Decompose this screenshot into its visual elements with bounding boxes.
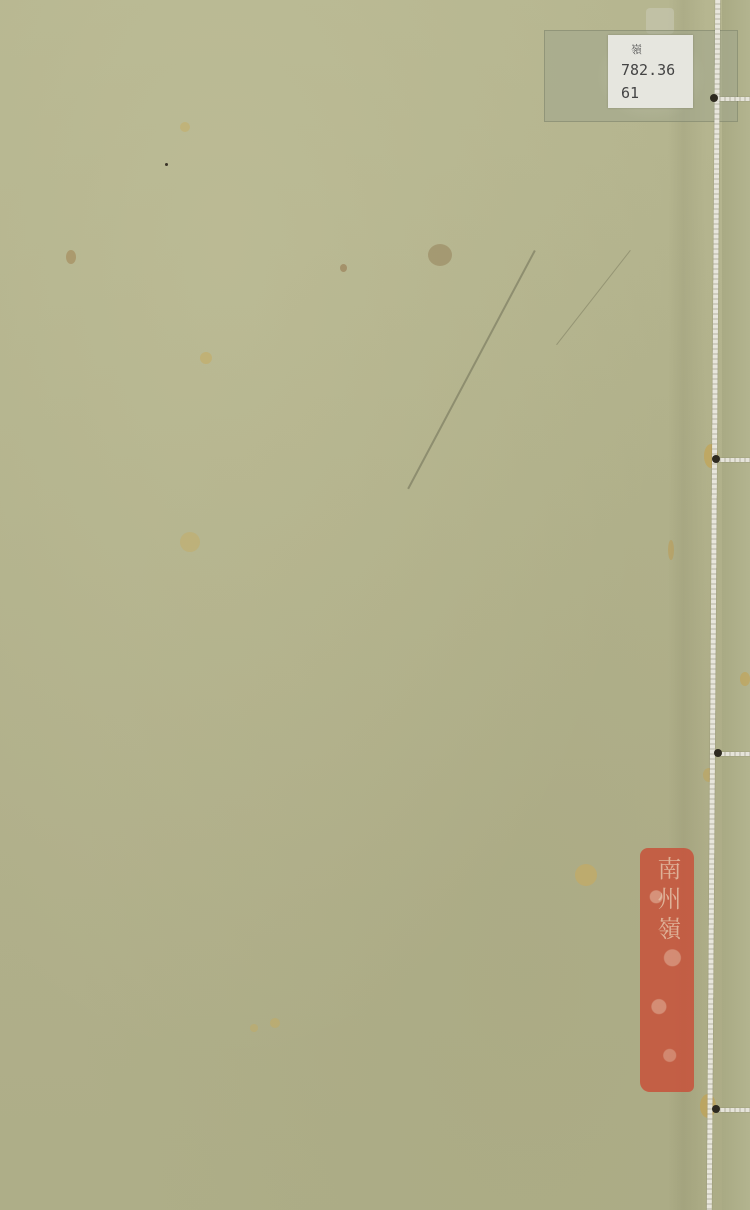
collector-seal: 南州嶺 <box>640 848 694 1092</box>
binding-thread <box>707 0 720 1210</box>
stitch-hole <box>712 1105 720 1113</box>
foxing-stain <box>340 264 347 272</box>
seal-text: 南州嶺 <box>640 856 694 946</box>
binding-stitch <box>716 1108 750 1112</box>
label-glyph: 嶺 <box>631 41 642 57</box>
foxing-stain <box>180 532 200 552</box>
stitch-hole <box>710 94 718 102</box>
paper-crease <box>407 250 536 489</box>
foxing-stain <box>428 244 452 266</box>
call-number-label: 嶺 782.36 61 <box>608 35 693 108</box>
stitch-hole <box>712 455 720 463</box>
binding-stitch <box>716 97 750 101</box>
stitch-hole <box>714 749 722 757</box>
book-cover: 嶺 782.36 61 南州嶺 <box>0 0 750 1210</box>
paper-crease <box>556 250 631 345</box>
foxing-stain <box>250 1024 258 1032</box>
call-number-class: 782.36 <box>621 61 675 79</box>
foxing-stain <box>165 163 168 166</box>
foxing-stain <box>200 352 212 364</box>
foxing-stain <box>270 1018 280 1028</box>
foxing-stain <box>668 540 674 560</box>
foxing-stain <box>180 122 190 132</box>
call-number-item: 61 <box>621 84 639 102</box>
foxing-stain <box>740 672 750 686</box>
spine-edge-strip <box>722 0 750 1210</box>
foxing-stain <box>66 250 76 264</box>
foxing-stain <box>575 864 597 886</box>
binding-stitch <box>716 458 750 462</box>
